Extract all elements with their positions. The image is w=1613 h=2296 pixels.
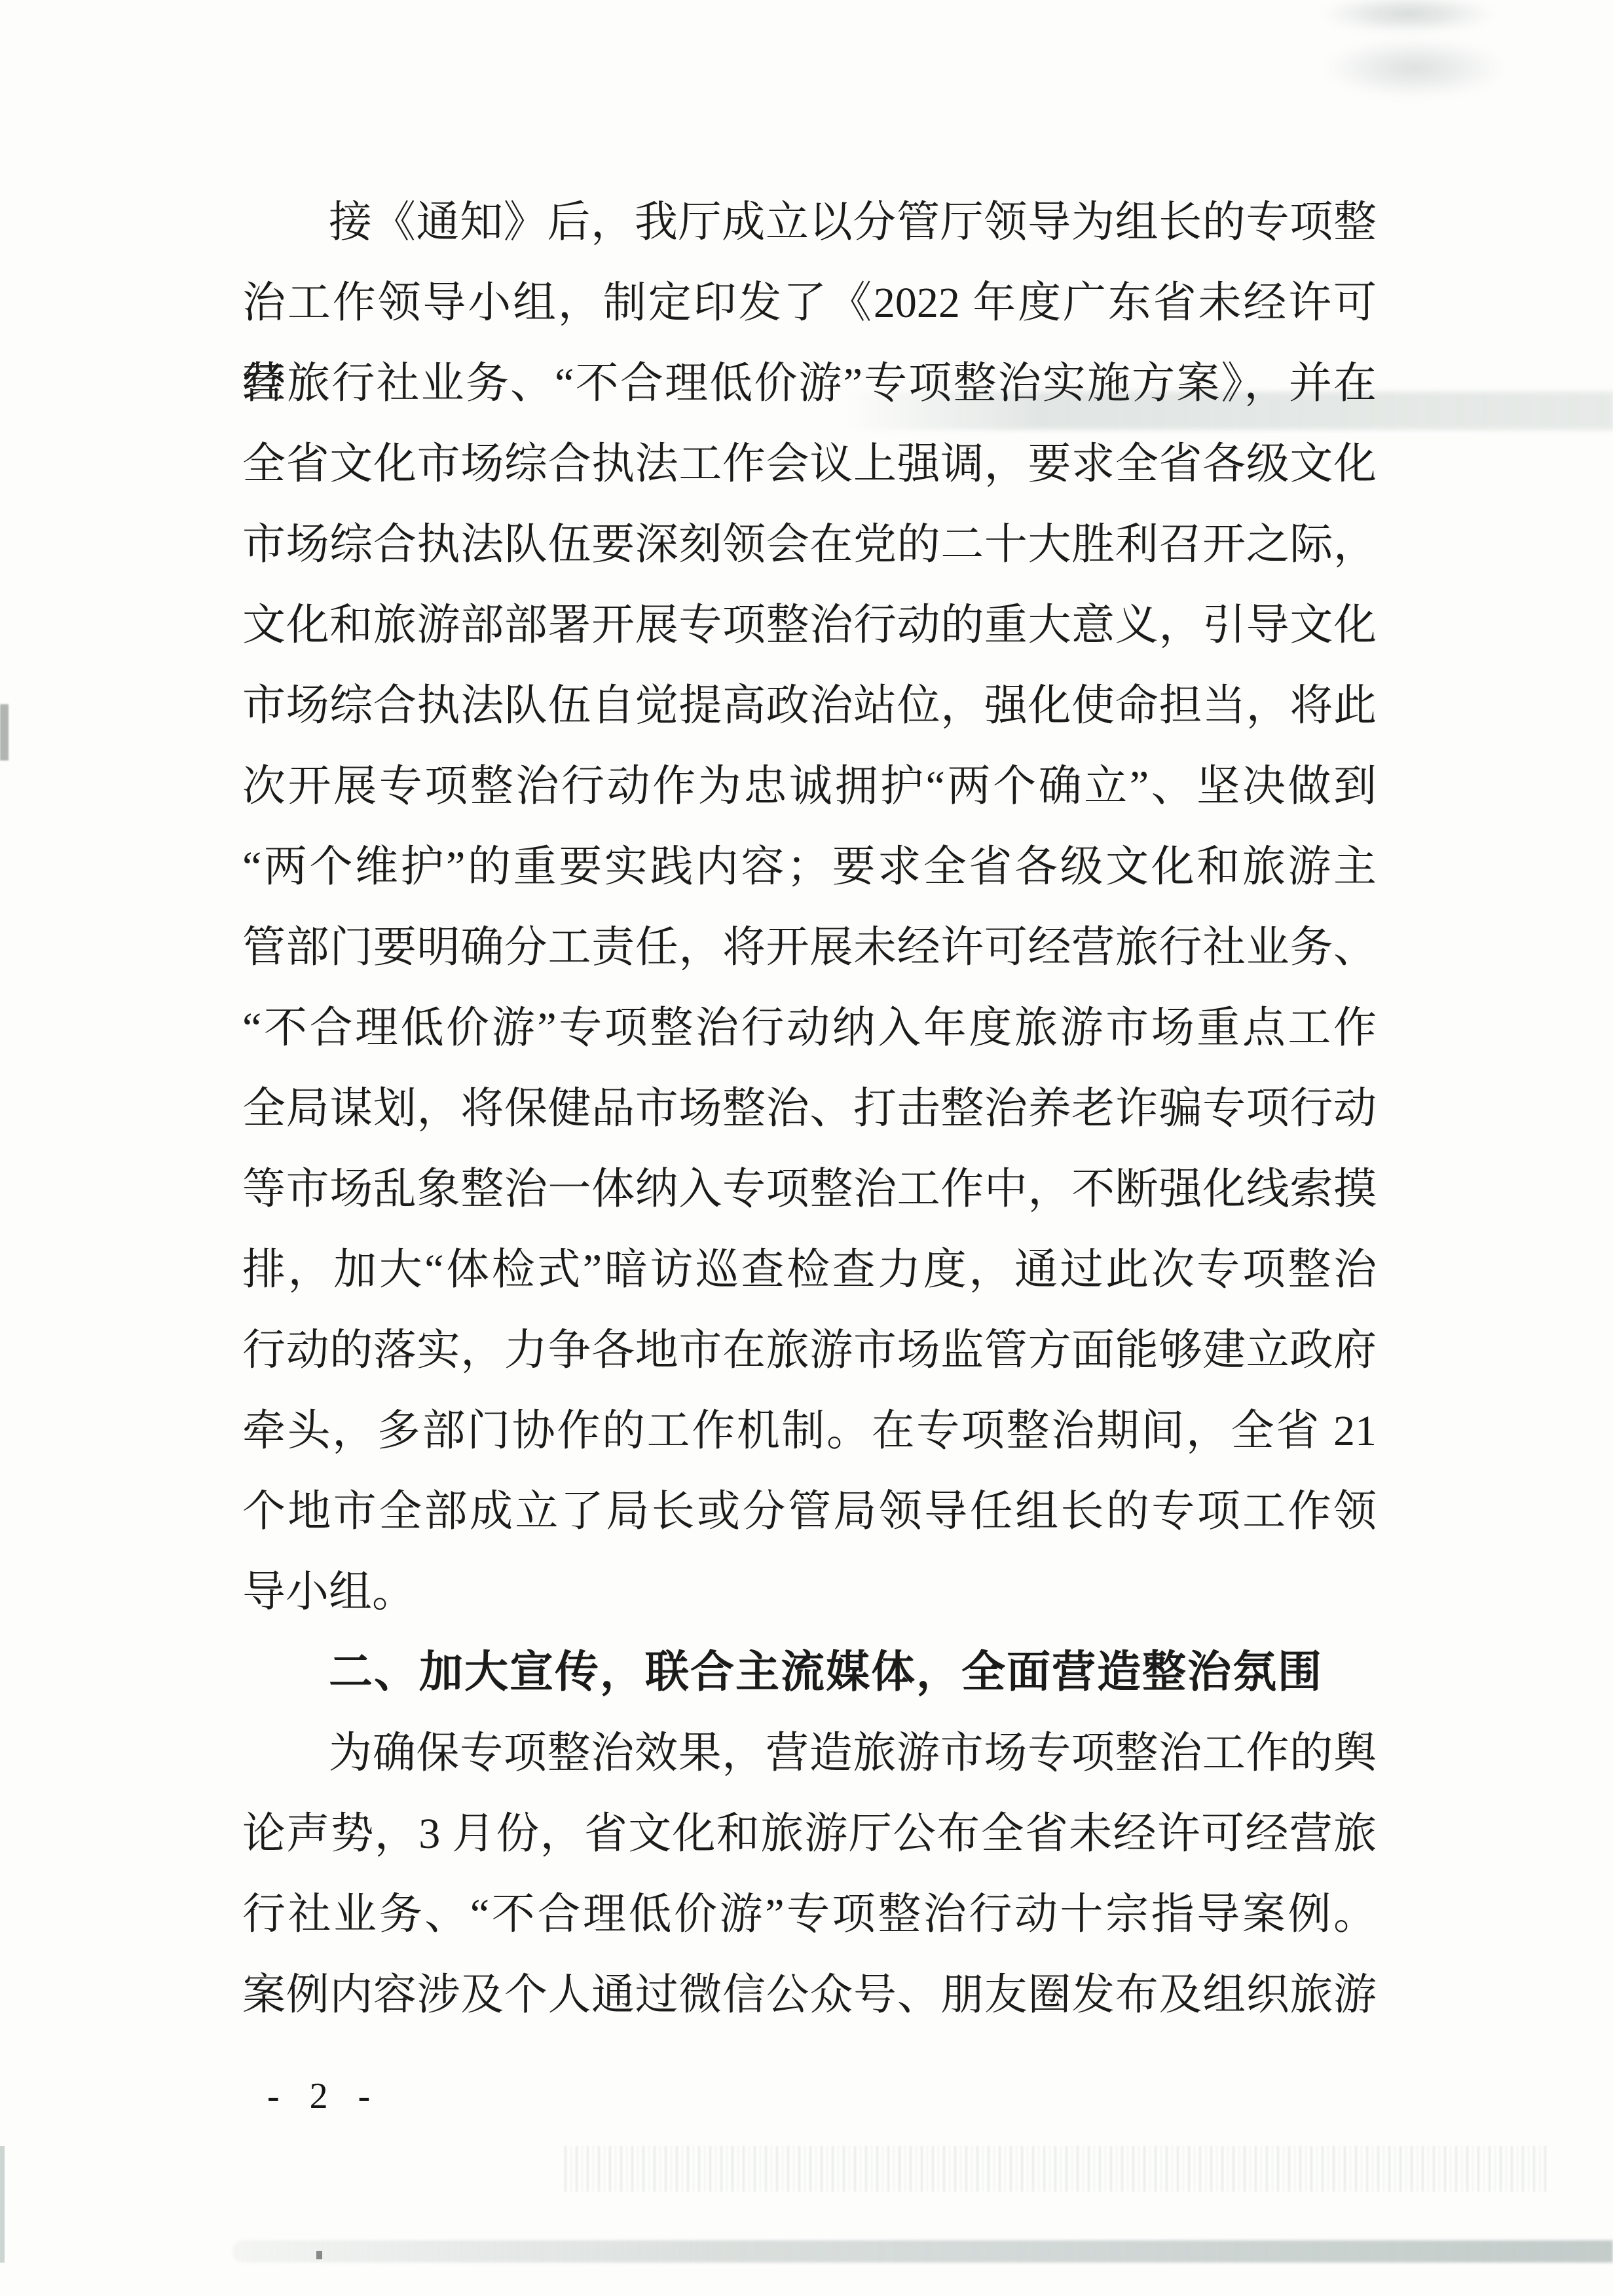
text-line: 二、加大宣传，联合主流媒体，全面营造整治氛围 bbox=[242, 1632, 1377, 1713]
text-line: 导小组。 bbox=[242, 1552, 1377, 1632]
text-line: 论声势，3 月份，省文化和旅游厅公布全省未经许可经营旅 bbox=[242, 1794, 1377, 1874]
document-page: 接《通知》后，我厅成立以分管厅领导为组长的专项整治工作领导小组，制定印发了《20… bbox=[0, 0, 1613, 2296]
scan-tick-bottom bbox=[316, 2251, 322, 2259]
text-line: “两个维护”的重要实践内容；要求全省各级文化和旅游主 bbox=[242, 827, 1377, 907]
text-line: 行社业务、“不合理低价游”专项整治行动十宗指导案例。 bbox=[242, 1874, 1377, 1955]
scan-line-bottom-left bbox=[0, 2146, 5, 2263]
text-line: 市场综合执法队伍自觉提高政治站位，强化使命担当，将此 bbox=[242, 666, 1377, 746]
scan-noise-bottom bbox=[565, 2146, 1547, 2192]
text-line: 个地市全部成立了局长或分管局领导任组长的专项工作领 bbox=[242, 1471, 1377, 1552]
text-line: 排，加大“体检式”暗访巡查检查力度，通过此次专项整治 bbox=[242, 1230, 1377, 1310]
page-number: - 2 - bbox=[267, 2075, 380, 2117]
text-line: 牵头，多部门协作的工作机制。在专项整治期间，全省 21 bbox=[242, 1391, 1377, 1471]
text-line: 为确保专项整治效果，营造旅游市场专项整治工作的舆 bbox=[242, 1713, 1377, 1794]
text-line: 治工作领导小组，制定印发了《2022 年度广东省未经许可经 bbox=[242, 263, 1377, 343]
scan-smudge-top-right-2 bbox=[1323, 38, 1506, 98]
text-line: 全省文化市场综合执法工作会议上强调，要求全省各级文化 bbox=[242, 424, 1377, 504]
text-line: 全局谋划，将保健品市场整治、打击整治养老诈骗专项行动 bbox=[242, 1068, 1377, 1149]
text-block: 接《通知》后，我厅成立以分管厅领导为组长的专项整治工作领导小组，制定印发了《20… bbox=[242, 182, 1377, 2035]
text-line: “不合理低价游”专项整治行动纳入年度旅游市场重点工作 bbox=[242, 988, 1377, 1068]
scan-smudge-top-right-1 bbox=[1320, 0, 1496, 33]
text-line: 等市场乱象整治一体纳入专项整治工作中，不断强化线索摸 bbox=[242, 1149, 1377, 1230]
text-line: 次开展专项整治行动作为忠诚拥护“两个确立”、坚决做到 bbox=[242, 746, 1377, 827]
scan-mark-left-edge bbox=[0, 704, 9, 761]
text-line: 接《通知》后，我厅成立以分管厅领导为组长的专项整 bbox=[242, 182, 1377, 263]
text-line: 文化和旅游部部署开展专项整治行动的重大意义，引导文化 bbox=[242, 585, 1377, 666]
text-line: 行动的落实，力争各地市在旅游市场监管方面能够建立政府 bbox=[242, 1310, 1377, 1391]
scan-streak-bottom bbox=[232, 2240, 1613, 2263]
text-line: 管部门要明确分工责任，将开展未经许可经营旅行社业务、 bbox=[242, 907, 1377, 988]
text-line: 案例内容涉及个人通过微信公众号、朋友圈发布及组织旅游 bbox=[242, 1955, 1377, 2035]
text-line: 营旅行社业务、“不合理低价游”专项整治实施方案》，并在 bbox=[242, 343, 1377, 424]
text-line: 市场综合执法队伍要深刻领会在党的二十大胜利召开之际， bbox=[242, 504, 1377, 585]
